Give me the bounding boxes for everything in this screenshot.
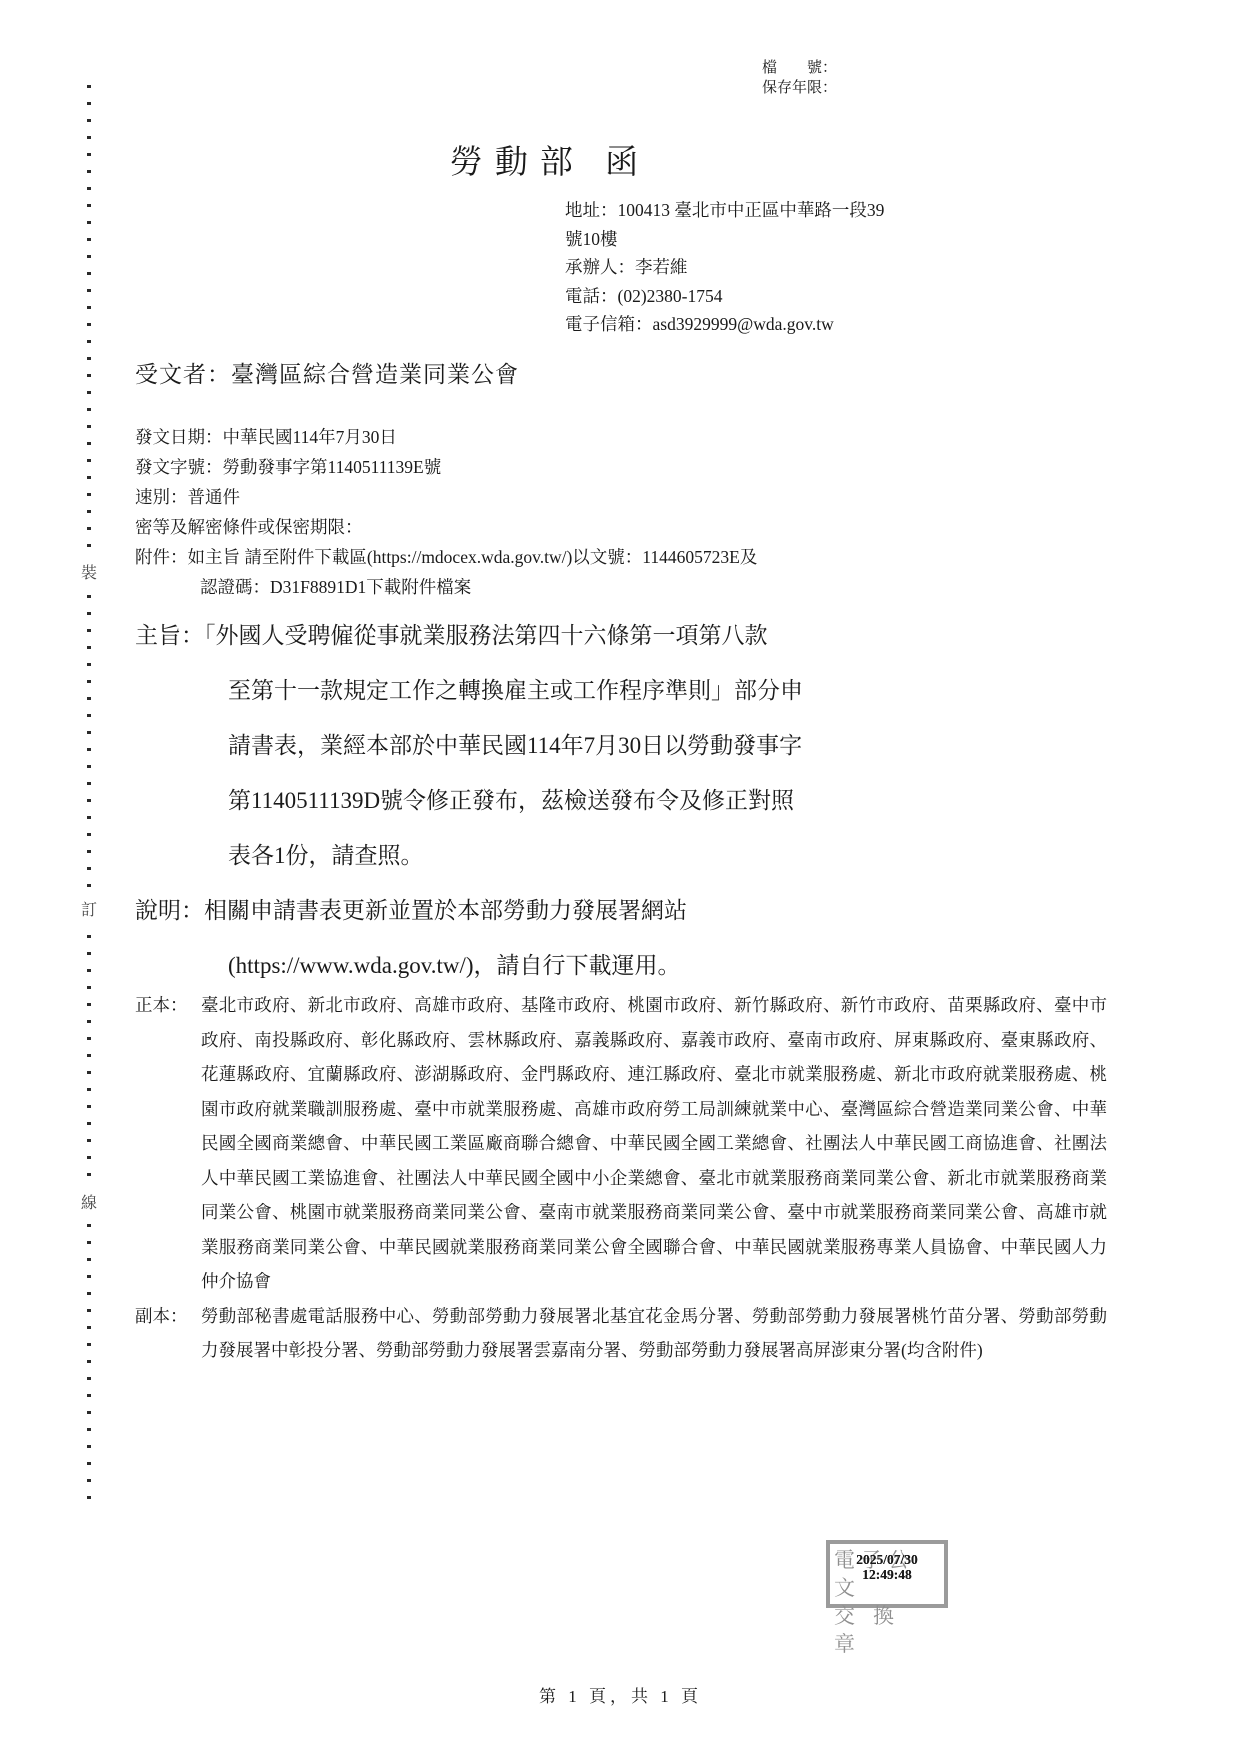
distribution-block: 正本： 臺北市政府、新北市政府、高雄市政府、基隆市政府、桃園市政府、新竹縣政府、… (135, 988, 1107, 1368)
subject-line-3: 請書表，業經本部於中華民國114年7月30日以勞動發事字 (228, 718, 1110, 773)
original-copy-row: 正本： 臺北市政府、新北市政府、高雄市政府、基隆市政府、桃園市政府、新竹縣政府、… (135, 988, 1107, 1299)
attachment-note-line2: 認證碼：D31F8891D1下載附件檔案 (135, 572, 1125, 602)
file-number-label: 檔 號： (762, 58, 837, 78)
subject-line-2: 至第十一款規定工作之轉換雇主或工作程序準則」部分申 (228, 663, 1110, 718)
subject-line-1: 主旨：「外國人受聘僱從事就業服務法第四十六條第一項第八款 (135, 608, 1110, 663)
issue-number: 發文字號：勞動發事字第1140511139E號 (135, 452, 1125, 482)
issue-date: 發文日期：中華民國114年7月30日 (135, 422, 1125, 452)
sender-address-line2: 號10樓 (565, 225, 884, 254)
cc-copy-row: 副本： 勞動部秘書處電話服務中心、勞動部勞動力發展署北基宜花金馬分署、勞動部勞動… (135, 1299, 1107, 1368)
binding-dotted-line (87, 85, 91, 1505)
subject-line-4: 第1140511139D號令修正發布，茲檢送發布令及修正對照 (228, 773, 1110, 828)
sender-email: 電子信箱：asd3929999@wda.gov.tw (565, 310, 884, 339)
letter-body: 主旨：「外國人受聘僱從事就業服務法第四十六條第一項第八款 至第十一款規定工作之轉… (135, 608, 1110, 993)
cc-copy-recipients: 勞動部秘書處電話服務中心、勞動部勞動力發展署北基宜花金馬分署、勞動部勞動力發展署… (201, 1299, 1107, 1368)
page-number: 第 1 頁，共 1 頁 (0, 1682, 1241, 1707)
cc-copy-label: 副本： (135, 1299, 201, 1334)
speed-class: 速別：普通件 (135, 482, 1125, 512)
official-letter-page: 裝 訂 線 檔 號： 保存年限： 勞動部 函 地址：100413 臺北市中正區中… (0, 0, 1241, 1754)
stamp-time: 12:49:48 (830, 1567, 944, 1582)
sender-address-line1: 地址：100413 臺北市中正區中華路一段39 (565, 196, 884, 225)
margin-mark-line: 線 (76, 1186, 102, 1217)
electronic-exchange-stamp: 電子公文 交換章 2025/07/30 12:49:48 (826, 1540, 948, 1608)
sender-phone: 電話：(02)2380-1754 (565, 282, 884, 311)
description-line-1: 說明：相關申請書表更新並置於本部勞動力發展署網站 (135, 883, 1110, 938)
document-title: 勞動部 函 (0, 136, 1100, 183)
recipient-line: 受文者：臺灣區綜合營造業同業公會 (135, 356, 519, 389)
security-class: 密等及解密條件或保密期限： (135, 512, 1125, 542)
document-meta: 發文日期：中華民國114年7月30日 發文字號：勞動發事字第1140511139… (135, 422, 1125, 602)
sender-contact-person: 承辦人：李若維 (565, 253, 884, 282)
file-labels: 檔 號： 保存年限： (762, 58, 837, 98)
stamp-row2-text: 交換章 (834, 1602, 940, 1658)
subject-label: 主旨： (135, 623, 204, 648)
stamp-datetime: 2025/07/30 12:49:48 (830, 1552, 944, 1582)
subject-line-5: 表各1份，請查照。 (228, 828, 1110, 883)
description-line-2: (https://www.wda.gov.tw/)，請自行下載運用。 (228, 938, 1110, 993)
original-copy-recipients: 臺北市政府、新北市政府、高雄市政府、基隆市政府、桃園市政府、新竹縣政府、新竹市政… (201, 988, 1107, 1299)
sender-contact-block: 地址：100413 臺北市中正區中華路一段39 號10樓 承辦人：李若維 電話：… (565, 196, 884, 339)
attachment-note-line1: 附件：如主旨 請至附件下載區(https://mdocex.wda.gov.tw… (135, 542, 1125, 572)
stamp-text-row2: 交換章 (834, 1602, 940, 1658)
margin-mark-binding: 裝 (76, 556, 102, 587)
retention-period-label: 保存年限： (762, 78, 837, 98)
description-label: 說明： (135, 898, 204, 923)
stamp-date: 2025/07/30 (830, 1552, 944, 1567)
original-copy-label: 正本： (135, 988, 201, 1023)
margin-mark-staple: 訂 (76, 893, 102, 924)
